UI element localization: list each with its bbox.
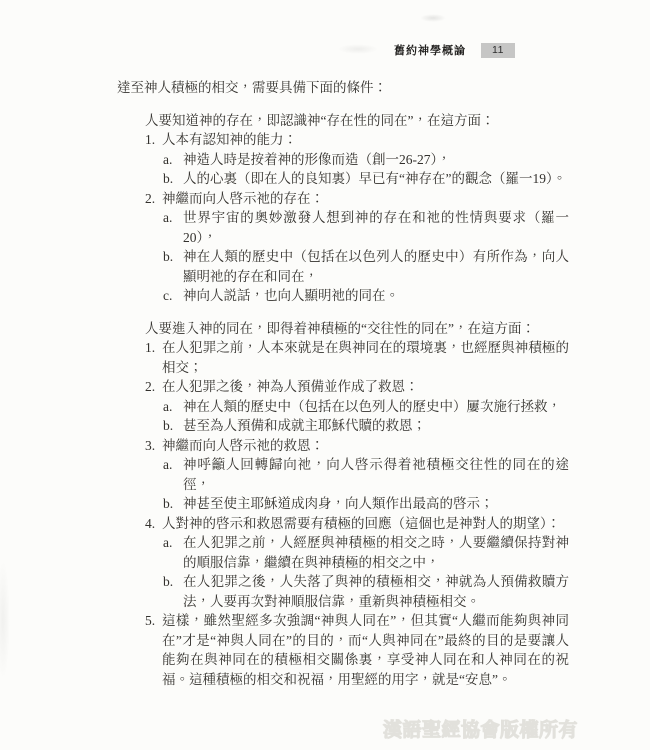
sub-item-text: 在人犯罪之前，人經歷與神積極的相交之時，人要繼續保持對神的順服信靠，繼續在與神積… [183,533,569,572]
sub-item-letter: b. [163,169,183,189]
page-body: 達至神人積極的相交，需要具備下面的條件： 人要知道神的存在，即認識神“存在性的同… [117,78,569,689]
list-item: 4. 人對神的啓示和救恩需要有積極的回應（這個也是神對人的期望）： [145,514,569,534]
list-item-text: 神繼而向人啓示祂的存在： [162,189,569,209]
list-item-text: 人本有認知神的能力： [162,130,569,150]
intro-paragraph: 達至神人積極的相交，需要具備下面的條件： [117,78,569,98]
sub-item-text: 神甚至使主耶穌道成肉身，向人類作出最高的啓示； [183,494,569,514]
list-item-text: 在人犯罪之後，神為人預備並作成了救恩： [162,377,569,397]
sub-item-text: 神呼籲人回轉歸向祂，向人啓示得着祂積極交往性的同在的途徑， [183,455,569,494]
list-item-number: 1. [145,338,162,377]
copyright-watermark: 漢語聖經協會版權所有 [383,715,578,742]
sub-item-letter: a. [163,397,183,417]
sub-list-item: a. 神造人時是按着神的形像而造（創一26-27）， [145,150,569,170]
sub-item-text: 神在人類的歷史中（包括在以色列人的歷史中）屢次施行拯救， [183,397,569,417]
sub-item-letter: a. [163,455,183,494]
sub-item-text: 神在人類的歷史中（包括在以色列人的歷史中）有所作為，向人顯明祂的存在和同在， [183,247,569,286]
page-number-badge: 11 [481,43,515,58]
sub-list-item: b. 神在人類的歷史中（包括在以色列人的歷史中）有所作為，向人顯明祂的存在和同在… [145,247,569,286]
list-item: 1. 在人犯罪之前，人本來就是在與神同在的環境裏，也經歷與神積極的相交； [145,338,569,377]
sub-list-item: b. 人的心裏（即在人的良知裏）早已有“神存在”的觀念（羅一19）。 [145,169,569,189]
sub-item-text: 甚至為人預備和成就主耶穌代贖的救恩； [183,416,569,436]
list-item-number: 3. [145,436,162,456]
sub-list-item: a. 神呼籲人回轉歸向祂，向人啓示得着祂積極交往性的同在的途徑， [145,455,569,494]
sub-item-text: 神向人説話，也向人顯明祂的同在。 [183,286,569,306]
sub-item-letter: b. [163,247,183,286]
list-item-number: 5. [145,611,162,689]
sub-item-letter: a. [163,208,183,247]
scan-smudge [420,14,446,22]
scan-smudge [0,560,10,680]
sub-item-text: 神造人時是按着神的形像而造（創一26-27）， [183,150,569,170]
list-item: 3. 神繼而向人啓示祂的救恩： [145,436,569,456]
list-item-number: 2. [145,189,162,209]
book-page: 舊約神學概論 11 達至神人積極的相交，需要具備下面的條件： 人要知道神的存在，… [0,0,650,750]
section-intro: 人要知道神的存在，即認識神“存在性的同在”，在這方面： [145,111,569,131]
list-item-text: 人對神的啓示和救恩需要有積極的回應（這個也是神對人的期望）： [162,514,569,534]
section-relational-presence: 人要進入神的同在，即得着神積極的“交往性的同在”，在這方面： 1. 在人犯罪之前… [145,319,569,690]
sub-item-letter: a. [163,150,183,170]
section-existential-presence: 人要知道神的存在，即認識神“存在性的同在”，在這方面： 1. 人本有認知神的能力… [145,111,569,306]
sub-item-letter: b. [163,572,183,611]
list-item-number: 4. [145,514,162,534]
running-head-title: 舊約神學概論 [394,42,466,58]
sub-item-text: 在人犯罪之後，人失落了與神的積極相交，神就為人預備救贖方法，人要再次對神順服信靠… [183,572,569,611]
sub-item-letter: b. [163,494,183,514]
sub-list-item: b. 神甚至使主耶穌道成肉身，向人類作出最高的啓示； [145,494,569,514]
sub-item-text: 人的心裏（即在人的良知裏）早已有“神存在”的觀念（羅一19）。 [183,169,569,189]
list-item-text: 神繼而向人啓示祂的救恩： [162,436,569,456]
list-item: 2. 在人犯罪之後，神為人預備並作成了救恩： [145,377,569,397]
sub-list-item: c. 神向人説話，也向人顯明祂的同在。 [145,286,569,306]
sub-list-item: a. 世界宇宙的奧妙激發人想到神的存在和祂的性情與要求（羅一20）， [145,208,569,247]
sub-list-item: a. 神在人類的歷史中（包括在以色列人的歷史中）屢次施行拯救， [145,397,569,417]
sub-item-letter: b. [163,416,183,436]
sub-item-letter: c. [163,286,183,306]
list-item: 1. 人本有認知神的能力： [145,130,569,150]
sub-item-text: 世界宇宙的奧妙激發人想到神的存在和祂的性情與要求（羅一20）， [183,208,569,247]
list-item: 2. 神繼而向人啓示祂的存在： [145,189,569,209]
list-item-text: 在人犯罪之前，人本來就是在與神同在的環境裏，也經歷與神積極的相交； [162,338,569,377]
section-intro: 人要進入神的同在，即得着神積極的“交往性的同在”，在這方面： [145,319,569,339]
list-item-text: 這樣，雖然聖經多次強調“神與人同在”，但其實“人繼而能夠與神同在”才是“神與人同… [162,611,569,689]
running-head: 舊約神學概論 11 [394,42,515,58]
sub-list-item: a. 在人犯罪之前，人經歷與神積極的相交之時，人要繼續保持對神的順服信靠，繼續在… [145,533,569,572]
list-item-number: 2. [145,377,162,397]
list-item: 5. 這樣，雖然聖經多次強調“神與人同在”，但其實“人繼而能夠與神同在”才是“神… [145,611,569,689]
list-item-number: 1. [145,130,162,150]
sub-list-item: b. 在人犯罪之後，人失落了與神的積極相交，神就為人預備救贖方法，人要再次對神順… [145,572,569,611]
sub-item-letter: a. [163,533,183,572]
sub-list-item: b. 甚至為人預備和成就主耶穌代贖的救恩； [145,416,569,436]
scan-smudge [338,44,378,54]
